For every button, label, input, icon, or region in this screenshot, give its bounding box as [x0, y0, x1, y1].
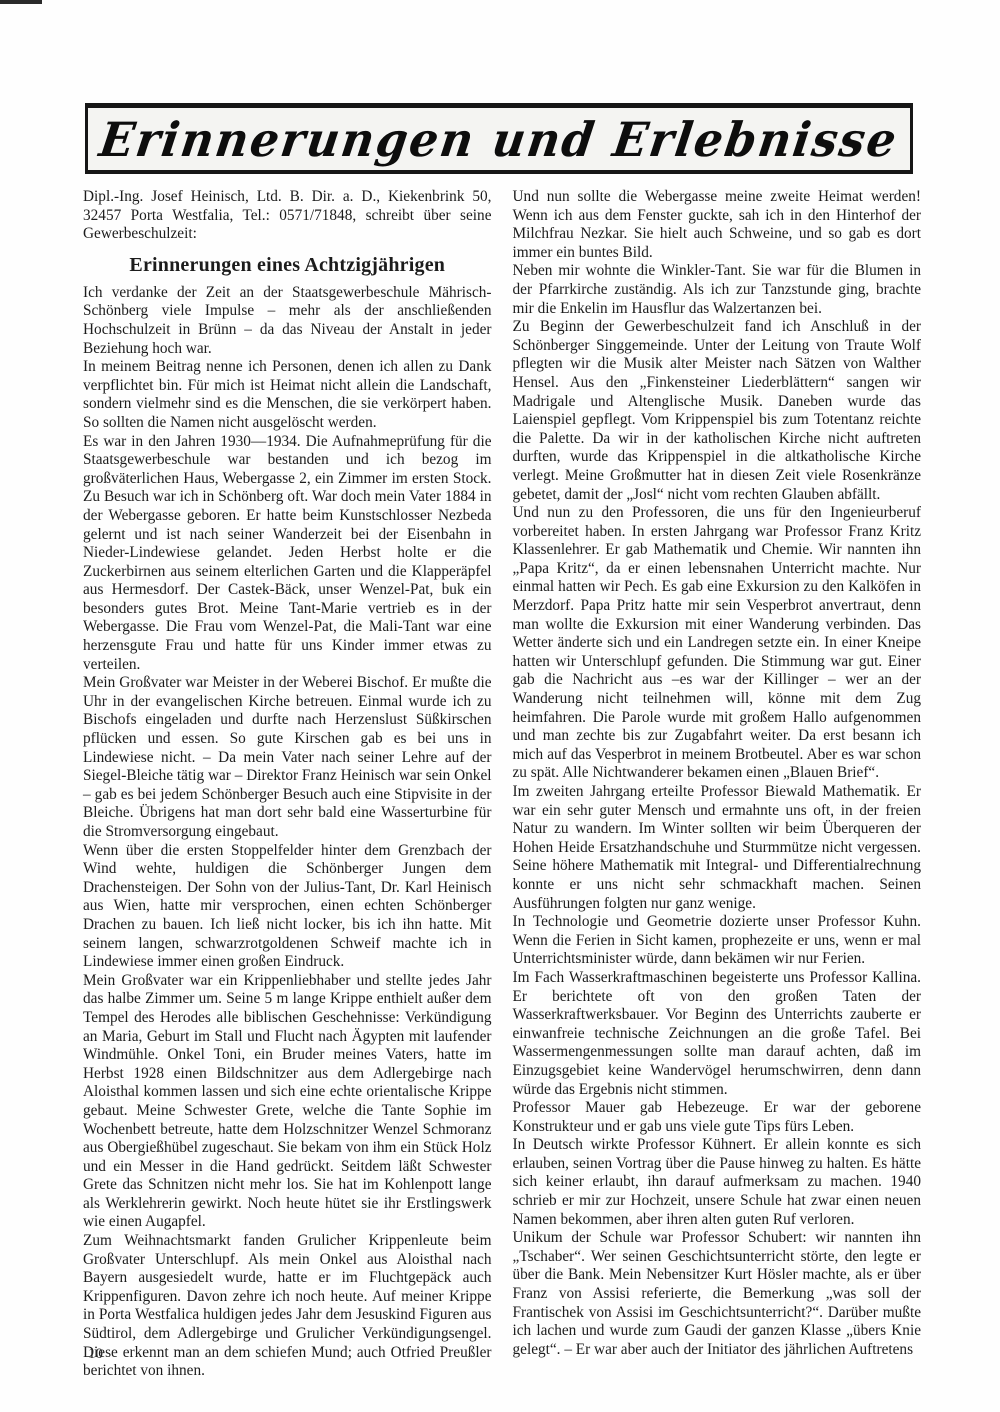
right-column: Und nun sollte die Webergasse meine zwei…	[513, 188, 922, 1381]
title-banner: Erinnerungen und Erlebnisse	[85, 103, 913, 174]
paragraph: Mein Großvater war ein Krippenliebhaber …	[83, 972, 492, 1232]
left-column: Dipl.-Ing. Josef Heinisch, Ltd. B. Dir. …	[83, 188, 492, 1381]
page-title: Erinnerungen und Erlebnisse	[96, 111, 901, 167]
paragraph: Und nun zu den Professoren, die uns für …	[513, 504, 922, 783]
right-column-paragraphs: Und nun sollte die Webergasse meine zwei…	[513, 188, 922, 1359]
paragraph: Professor Mauer gab Hebezeuge. Er war de…	[513, 1099, 922, 1136]
paragraph: Und nun sollte die Webergasse meine zwei…	[513, 188, 922, 262]
paragraph: Unikum der Schule war Professor Schubert…	[513, 1229, 922, 1359]
author-intro: Dipl.-Ing. Josef Heinisch, Ltd. B. Dir. …	[83, 188, 492, 244]
article-body: Dipl.-Ing. Josef Heinisch, Ltd. B. Dir. …	[83, 188, 921, 1381]
paragraph: Zu Beginn der Gewerbeschulzeit fand ich …	[513, 318, 922, 504]
paragraph: Im zweiten Jahrgang erteilte Professor B…	[513, 783, 922, 913]
paragraph: Zum Weihnachtsmarkt fanden Grulicher Kri…	[83, 1232, 492, 1381]
paragraph: Im Fach Wasserkraftmaschinen begeisterte…	[513, 969, 922, 1099]
paragraph: In meinem Beitrag nenne ich Personen, de…	[83, 358, 492, 432]
paragraph: Es war in den Jahren 1930—1934. Die Aufn…	[83, 433, 492, 675]
scanned-document-page: { "banner": { "title": "Erinnerungen und…	[0, 0, 1000, 1412]
paragraph: In Deutsch wirkte Professor Kühnert. Er …	[513, 1136, 922, 1229]
paragraph: Neben mir wohnte die Winkler-Tant. Sie w…	[513, 262, 922, 318]
paragraph: Mein Großvater war Meister in der Webere…	[83, 674, 492, 841]
page-number: 10	[88, 1346, 103, 1363]
paragraph: Ich verdanke der Zeit an der Staatsgewer…	[83, 284, 492, 358]
paragraph: Wenn über die ersten Stoppelfelder hinte…	[83, 842, 492, 972]
paragraph: In Technologie und Geometrie dozierte un…	[513, 913, 922, 969]
left-column-paragraphs: Ich verdanke der Zeit an der Staatsgewer…	[83, 284, 492, 1381]
section-heading: Erinnerungen eines Achtzigjährigen	[83, 253, 492, 277]
scan-artifact	[0, 0, 42, 4]
